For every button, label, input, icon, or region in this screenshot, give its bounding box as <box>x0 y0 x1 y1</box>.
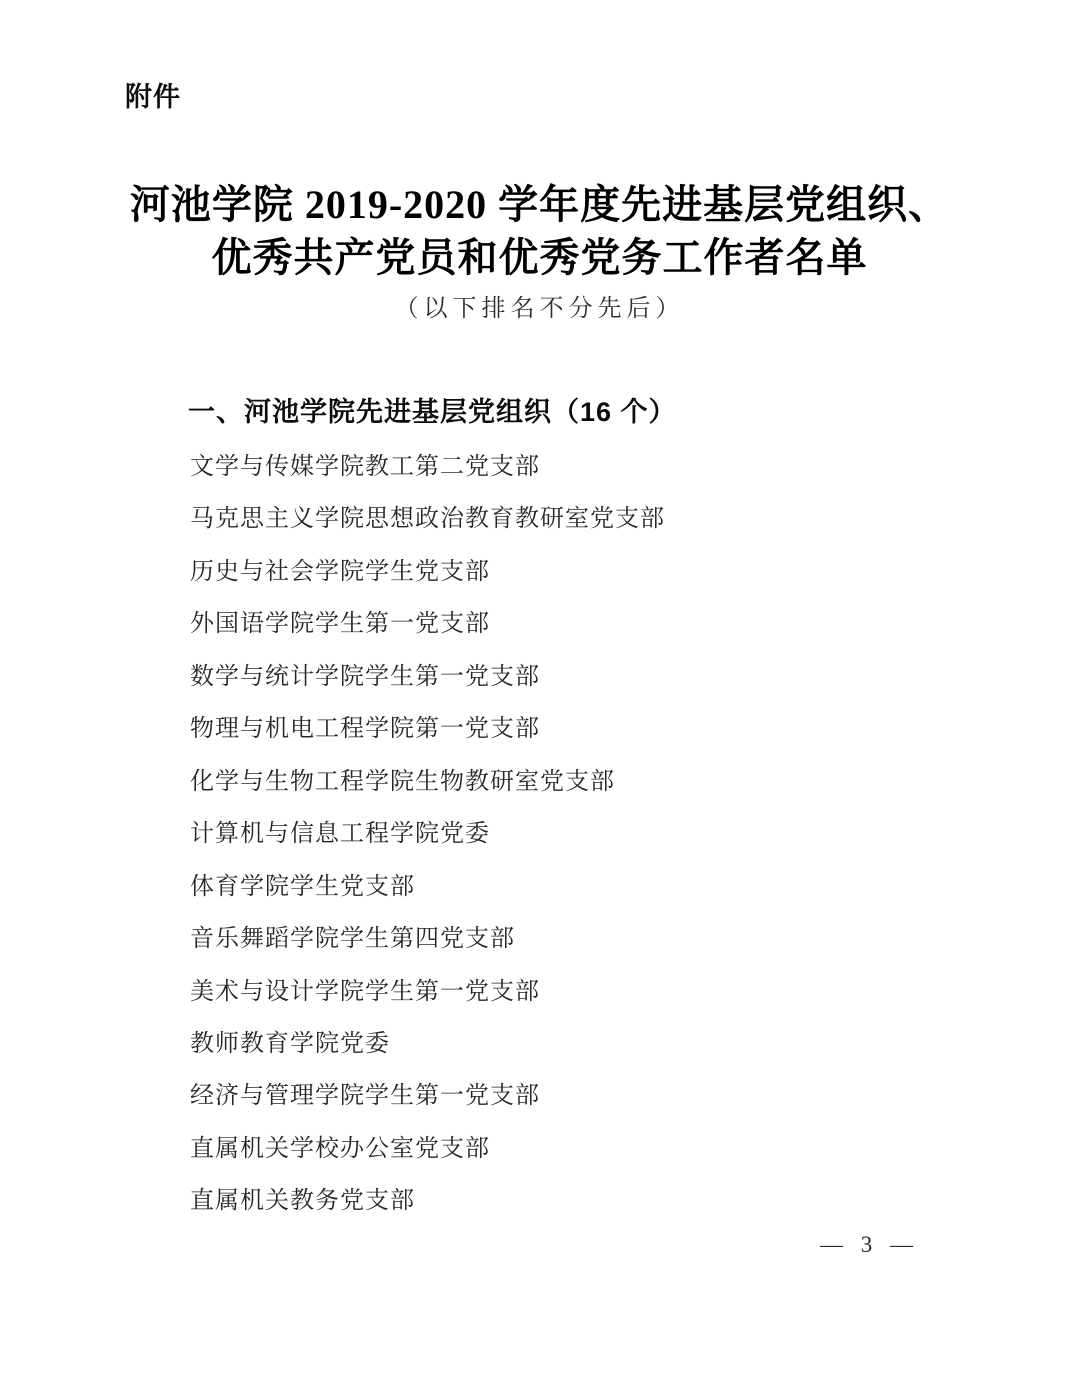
section-heading: 一、河池学院先进基层党组织（16 个） <box>188 396 677 428</box>
document-subtitle: （以下排名不分先后） <box>0 293 1079 325</box>
organization-list: 文学与传媒学院教工第二党支部马克思主义学院思想政治教育教研室党支部历史与社会学院… <box>190 441 665 1228</box>
attachment-label: 附件 <box>125 82 181 112</box>
list-item: 直属机关学校办公室党支部 <box>190 1123 665 1175</box>
list-item: 音乐舞蹈学院学生第四党支部 <box>190 913 665 965</box>
list-item: 经济与管理学院学生第一党支部 <box>190 1070 665 1122</box>
document-title: 河池学院 2019-2020 学年度先进基层党组织、 优秀共产党员和优秀党务工作… <box>0 178 1079 284</box>
page-number: — 3 — <box>820 1231 919 1259</box>
list-item: 美术与设计学院学生第一党支部 <box>190 966 665 1018</box>
list-item: 体育学院学生党支部 <box>190 861 665 913</box>
list-item: 外国语学院学生第一党支部 <box>190 598 665 650</box>
document-title-line1: 河池学院 2019-2020 学年度先进基层党组织、 <box>0 178 1079 231</box>
list-item: 物理与机电工程学院第一党支部 <box>190 703 665 755</box>
document-title-line2: 优秀共产党员和优秀党务工作者名单 <box>0 231 1079 284</box>
list-item: 数学与统计学院学生第一党支部 <box>190 651 665 703</box>
list-item: 历史与社会学院学生党支部 <box>190 546 665 598</box>
list-item: 计算机与信息工程学院党委 <box>190 808 665 860</box>
list-item: 化学与生物工程学院生物教研室党支部 <box>190 756 665 808</box>
list-item: 文学与传媒学院教工第二党支部 <box>190 441 665 493</box>
list-item: 教师教育学院党委 <box>190 1018 665 1070</box>
list-item: 马克思主义学院思想政治教育教研室党支部 <box>190 493 665 545</box>
list-item: 直属机关教务党支部 <box>190 1175 665 1227</box>
document-page: 附件 河池学院 2019-2020 学年度先进基层党组织、 优秀共产党员和优秀党… <box>0 0 1079 1383</box>
